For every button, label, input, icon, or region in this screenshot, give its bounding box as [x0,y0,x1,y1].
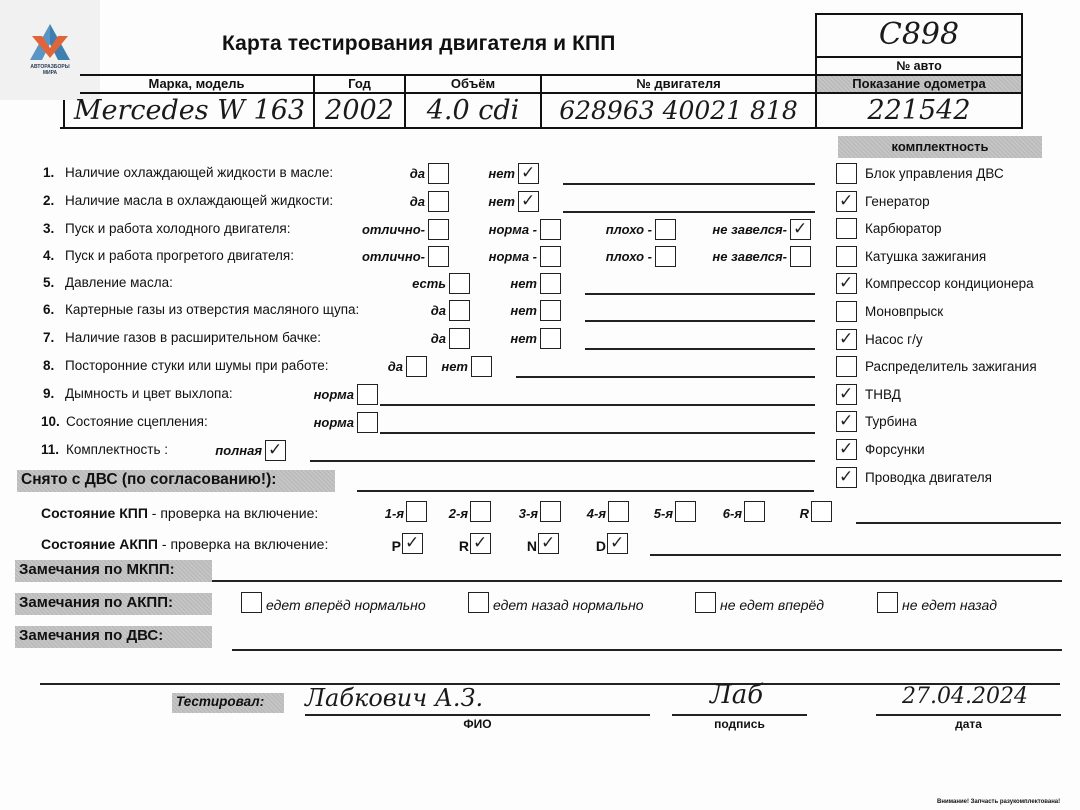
check-option-label: норма [313,387,354,402]
mkpp-gear-checkbox[interactable] [675,501,696,522]
col-head-volume: Объём [406,76,540,92]
date-value[interactable]: 27.04.2024 [870,684,1060,709]
check-row-notes-line[interactable] [585,348,815,350]
check-row-number: 5. [43,275,65,290]
kit-item-label: Компрессор кондиционера [865,276,1034,291]
year-value[interactable]: 2002 [315,94,404,128]
col-head-model: Марка, модель [80,76,313,92]
name-line [305,714,650,716]
check-row-notes-line[interactable] [516,376,815,378]
check-row-text: Посторонние стуки или шумы при работе: [65,358,329,373]
mkpp-gear-label: 3-я [510,506,538,521]
kit-item-label: Форсунки [865,442,925,457]
check-option-box[interactable] [540,328,561,349]
kit-item-checkbox[interactable] [836,246,857,267]
check-option-box[interactable] [540,219,561,240]
check-option-label: есть [410,276,446,291]
check-row-notes-line[interactable] [585,293,815,295]
check-row-label: 9.Дымность и цвет выхлопа: [43,386,233,401]
page-title: Карта тестирования двигателя и КПП [222,32,615,56]
akpp-gear-label: D [590,538,606,554]
kit-item-label: Карбюратор [865,221,942,236]
check-option-box[interactable] [655,246,676,267]
check-option-label: нет [507,276,537,291]
car-number-label: № авто [817,58,1021,74]
check-option-box[interactable] [449,273,470,294]
col-head-year: Год [315,76,404,92]
kit-item-label: Блок управления ДВС [865,166,1004,181]
check-row-number: 4. [43,248,65,263]
check-row-number: 1. [43,165,65,180]
akpp-label: Состояние АКПП - проверка на включение: [41,536,328,552]
check-option-box[interactable] [790,246,811,267]
check-row-label: 5.Давление масла: [43,275,173,290]
date-line [876,714,1061,716]
checkmark-icon: ✓ [839,329,853,349]
check-option-label: полная [212,443,262,458]
mkpp-gear-label: 4-я [578,506,606,521]
check-option-box[interactable] [655,219,676,240]
check-row-text: Наличие газов в расширительном бачке: [65,330,321,345]
col-head-odometer: Показание одометра [817,76,1021,92]
check-option-label: не завелся- [706,249,787,264]
mkpp-gear-label: 5-я [645,506,673,521]
sign-caption: подпись [672,717,807,731]
removed-label: Снято с ДВС (по согласованию!): [17,470,335,492]
check-row-text: Комплектность : [66,442,168,457]
model-value[interactable]: Mercedes W 163 [66,94,313,128]
kit-item-checkbox[interactable] [836,218,857,239]
checkmark-icon: ✓ [839,439,853,459]
remarks-akpp-label: Замечания по АКПП: [15,593,212,615]
mkpp-gear-checkbox[interactable] [470,501,491,522]
kit-item-label: Моновпрыск [865,304,943,319]
akpp-remark-label: не едет назад [902,597,997,613]
kit-item-label: Проводка двигателя [865,470,992,485]
check-option-label: нет [438,359,468,374]
mkpp-gear-label: R [792,506,809,521]
check-option-label: норма - [483,222,537,237]
check-row-text: Пуск и работа прогретого двигателя: [65,248,294,263]
check-row-label: 2.Наличие масла в охлаждающей жидкости: [43,193,333,208]
check-row-notes-line[interactable] [380,432,815,434]
check-row-label: 10.Состояние сцепления: [41,414,208,429]
check-row-text: Наличие охлаждающей жидкости в масле: [65,165,333,180]
kit-item-label: Турбина [865,414,917,429]
check-option-box[interactable]: ✓ [518,191,539,212]
check-option-label: норма - [483,249,537,264]
mkpp-gear-checkbox[interactable] [744,501,765,522]
kit-item-checkbox[interactable] [836,163,857,184]
checkmark-icon: ✓ [839,191,853,211]
check-row-notes-line[interactable] [563,183,815,185]
check-row-number: 8. [43,358,65,373]
check-option-label: отлично- [357,249,425,264]
check-option-label: да [383,359,403,374]
checkmark-icon: ✓ [839,273,853,293]
check-row-number: 9. [43,386,65,401]
check-option-label: отлично- [357,222,425,237]
kit-item-label: Распределитель зажигания [865,359,1037,374]
check-row-text: Состояние сцепления: [66,414,208,429]
check-option-box[interactable] [540,246,561,267]
remarks-dvs-line[interactable] [232,649,1062,651]
check-row-notes-line[interactable] [563,211,815,213]
check-option-label: плохо - [600,222,652,237]
check-option-label: нет [507,331,537,346]
tested-label: Тестировал: [172,693,284,713]
check-row-notes-line[interactable] [380,404,815,406]
check-option-box[interactable]: ✓ [265,440,286,461]
kit-item-checkbox[interactable]: ✓ [836,467,857,488]
col-head-engine-number: № двигателя [542,76,815,92]
mkpp-line [856,522,1061,524]
remarks-dvs-label: Замечания по ДВС: [15,626,212,648]
kit-item-checkbox[interactable]: ✓ [836,411,857,432]
akpp-gear-label: N [522,538,537,554]
kit-item-checkbox[interactable]: ✓ [836,384,857,405]
akpp-remark-checkbox[interactable] [877,592,898,613]
footer-note: Внимание! Запчасть разукомплектована! [937,799,1060,805]
akpp-remark-label: едет назад нормально [493,597,644,613]
akpp-gear-checkbox[interactable]: ✓ [470,533,491,554]
checkmark-icon: ✓ [610,533,624,553]
check-row-label: 8.Посторонние стуки или шумы при работе: [43,358,329,373]
check-row-notes-line[interactable] [310,460,815,462]
checkmark-icon: ✓ [521,191,535,211]
kit-item-checkbox[interactable] [836,356,857,377]
kit-item-label: Генератор [865,194,930,209]
checkmark-icon: ✓ [268,440,282,460]
check-row-notes-line[interactable] [585,320,815,322]
akpp-line [650,554,1061,556]
mkpp-label: Состояние КПП - проверка на включение: [41,505,318,521]
akpp-gear-label: P [385,538,401,554]
kit-item-checkbox[interactable]: ✓ [836,273,857,294]
akpp-remark-checkbox[interactable] [695,592,716,613]
check-row-number: 6. [43,302,65,317]
akpp-remark-checkbox[interactable] [468,592,489,613]
checkmark-icon: ✓ [521,163,535,183]
check-option-label: плохо - [600,249,652,264]
logo-icon [28,22,72,62]
check-option-label: нет [484,194,515,209]
check-option-box[interactable] [357,384,378,405]
check-option-box[interactable] [428,219,449,240]
checkmark-icon: ✓ [793,219,807,239]
check-row-label: 1.Наличие охлаждающей жидкости в масле: [43,165,333,180]
volume-value[interactable]: 4.0 cdi [406,94,540,128]
kit-item-checkbox[interactable]: ✓ [836,191,857,212]
check-row-number: 7. [43,330,65,345]
akpp-gear-checkbox[interactable]: ✓ [538,533,559,554]
checkmark-icon: ✓ [839,384,853,404]
akpp-gear-checkbox[interactable]: ✓ [607,533,628,554]
check-row-number: 2. [43,193,65,208]
check-row-label: 7.Наличие газов в расширительном бачке: [43,330,321,345]
checkmark-icon: ✓ [839,411,853,431]
check-option-box[interactable] [406,356,427,377]
check-row-text: Картерные газы из отверстия масляного щу… [65,302,359,317]
check-option-box[interactable] [449,328,470,349]
check-option-box[interactable] [471,356,492,377]
date-caption: дата [876,717,1061,731]
remarks-mkpp-line[interactable] [212,580,1062,582]
checkmark-icon: ✓ [473,533,487,553]
kit-item-checkbox[interactable]: ✓ [836,439,857,460]
kit-item-checkbox[interactable] [836,301,857,322]
signature-value[interactable]: Лаб [710,680,810,710]
check-option-label: не завелся- [706,222,787,237]
check-row-text: Дымность и цвет выхлопа: [65,386,233,401]
checkmark-icon: ✓ [541,533,555,553]
car-number-value[interactable]: C898 [817,14,1021,56]
checkmark-icon: ✓ [839,467,853,487]
engine-number-value[interactable]: 628963 40021 818 [542,94,815,128]
check-row-label: 11.Комплектность : [41,442,168,457]
mkpp-gear-checkbox[interactable] [406,501,427,522]
name-caption: ФИО [305,717,650,731]
mkpp-gear-label: 2-я [440,506,468,521]
akpp-gear-label: R [453,538,469,554]
mkpp-gear-checkbox[interactable] [608,501,629,522]
check-row-label: 4.Пуск и работа прогретого двигателя: [43,248,294,263]
mkpp-gear-label: 6-я [713,506,742,521]
check-option-label: норма [313,415,354,430]
kit-item-label: Насос г/у [865,332,923,347]
check-option-label: нет [507,303,537,318]
check-option-box[interactable] [428,191,449,212]
check-option-box[interactable] [357,412,378,433]
check-row-text: Давление масла: [65,275,173,290]
check-option-label: да [428,303,446,318]
mkpp-gear-checkbox[interactable] [811,501,832,522]
check-option-box[interactable] [540,273,561,294]
kit-title: комплектность [838,136,1042,158]
tester-name-value[interactable]: Лабкович А.З. [305,684,535,712]
check-option-box[interactable]: ✓ [518,163,539,184]
mkpp-gear-label: 1-я [373,506,404,521]
check-row-label: 3.Пуск и работа холодного двигателя: [43,221,291,236]
check-row-text: Наличие масла в охлаждающей жидкости: [65,193,333,208]
check-row-number: 3. [43,221,65,236]
kit-item-label: Катушка зажигания [865,249,986,264]
check-option-label: да [405,194,425,209]
check-option-box[interactable]: ✓ [790,219,811,240]
check-option-label: да [405,166,425,181]
check-row-number: 11. [41,442,66,457]
check-option-box[interactable] [428,246,449,267]
akpp-remark-checkbox[interactable] [241,592,262,613]
sign-line [672,714,807,716]
remarks-mkpp-label: Замечания по МКПП: [15,560,212,582]
check-option-label: да [428,331,446,346]
kit-item-label: ТНВД [865,387,901,402]
checkmark-icon: ✓ [405,533,419,553]
check-row-text: Пуск и работа холодного двигателя: [65,221,291,236]
akpp-gear-checkbox[interactable]: ✓ [402,533,423,554]
check-row-label: 6.Картерные газы из отверстия масляного … [43,302,359,317]
check-option-label: нет [484,166,515,181]
check-option-box[interactable] [449,300,470,321]
check-option-box[interactable] [428,163,449,184]
removed-line[interactable] [357,490,814,492]
mkpp-gear-checkbox[interactable] [540,501,561,522]
check-row-number: 10. [41,414,66,429]
kit-item-checkbox[interactable]: ✓ [836,329,857,350]
akpp-remark-label: едет вперёд нормально [266,597,426,613]
odometer-value[interactable]: 221542 [817,94,1021,128]
check-option-box[interactable] [540,300,561,321]
akpp-remark-label: не едет вперёд [720,597,824,613]
